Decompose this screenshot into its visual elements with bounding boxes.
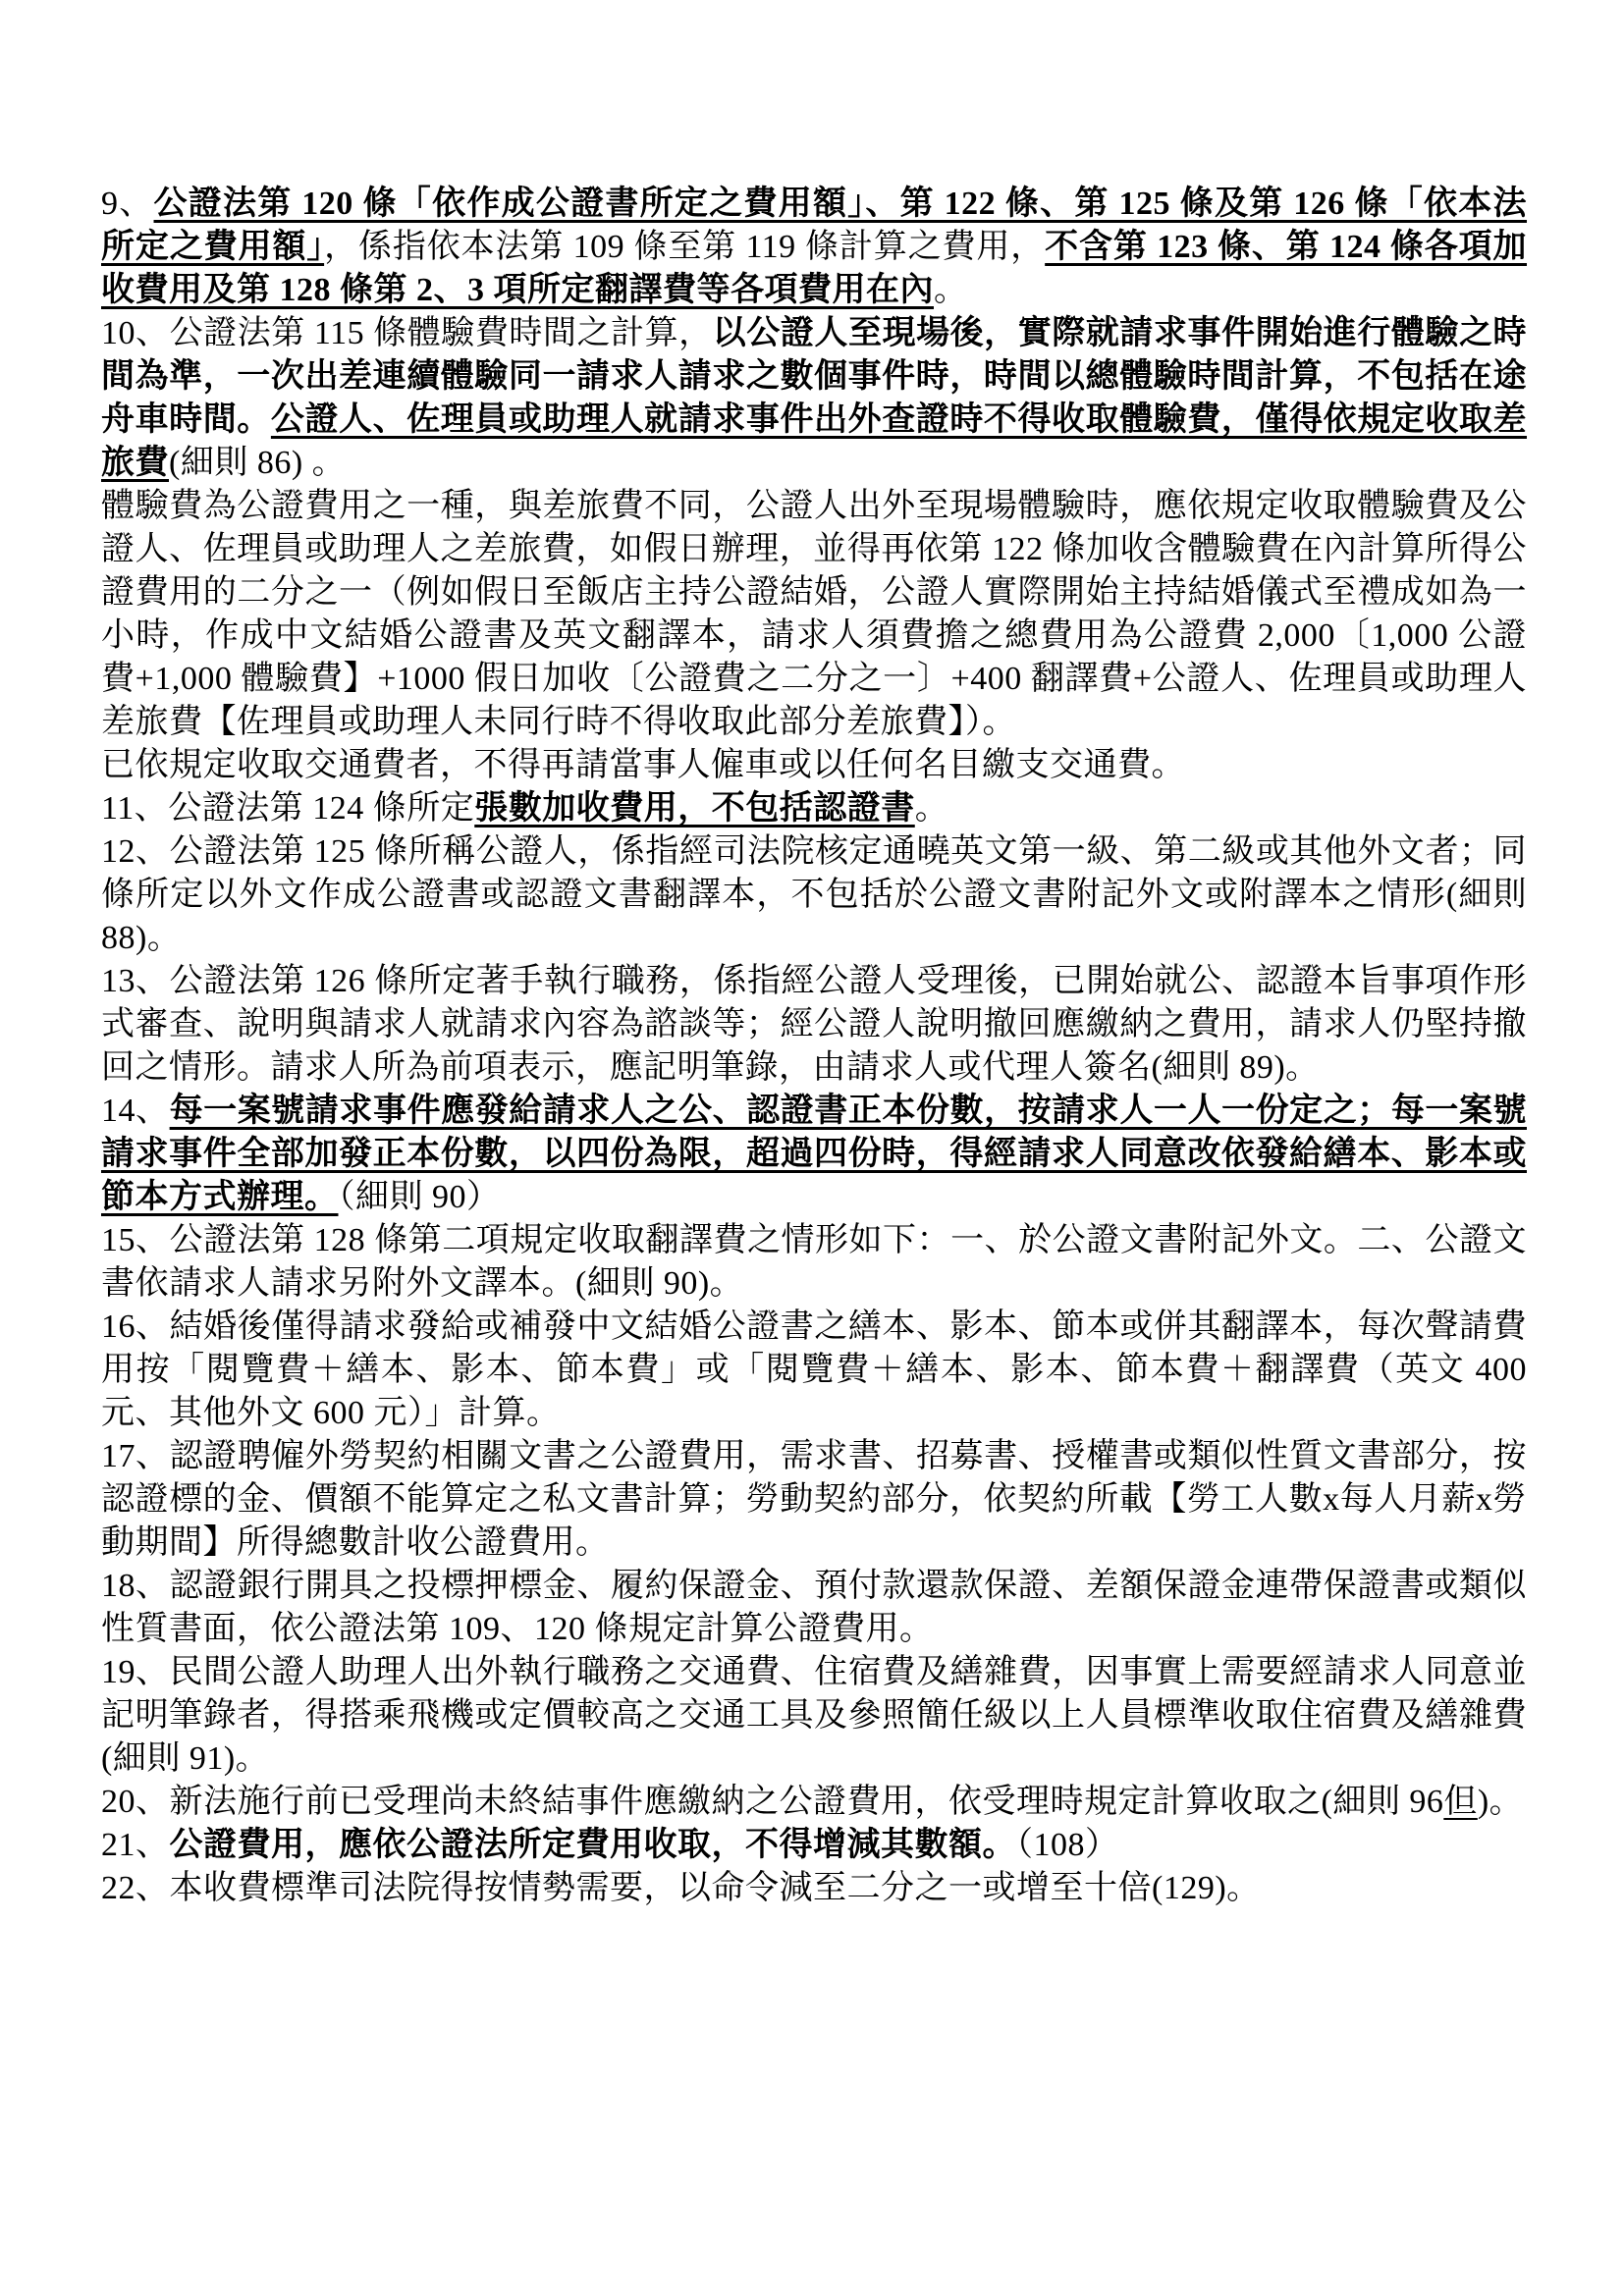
paragraph-item-16: 16、結婚後僅得請求發給或補發中文結婚公證書之繕本、影本、節本或併其翻譯本，每次…: [101, 1306, 1527, 1435]
document-body: 9、公證法第 120 條「依作成公證書所定之費用額」、第 122 條、第 125…: [101, 183, 1527, 1910]
text-run: （細則 90）: [339, 1179, 501, 1215]
paragraph-item-21: 21、公證費用，應依公證法所定費用收取，不得增減其數額。（108）: [101, 1824, 1527, 1867]
text-run: 體驗費為公證費用之一種，與差旅費不同，公證人出外至現場體驗時，應依規定收取體驗費…: [101, 488, 1527, 740]
text-run: )。: [1478, 1784, 1523, 1820]
paragraph-item-12: 12、公證法第 125 條所稱公證人，係指經司法院核定通曉英文第一級、第二級或其…: [101, 830, 1527, 960]
paragraph-item-11: 11、公證法第 124 條所定張數加收費用，不包括認證書。: [101, 787, 1527, 830]
paragraph-item-10: 10、公證法第 115 條體驗費時間之計算，以公證人至現場後，實際就請求事件開始…: [101, 312, 1527, 485]
paragraph-experience-fee-paragraph: 體驗費為公證費用之一種，與差旅費不同，公證人出外至現場體驗時，應依規定收取體驗費…: [101, 485, 1527, 744]
text-run: 9、: [101, 186, 154, 222]
text-run: 已依規定收取交通費者，不得再請當事人僱車或以任何名目繳支交通費。: [101, 747, 1185, 783]
text-run: 20、新法施行前已受理尚未終結事件應繳納之公證費用，依受理時規定計算收取之(細則…: [101, 1784, 1443, 1820]
text-run: 18、認證銀行開具之投標押標金、履約保證金、預付款還款保證、差額保證金連帶保證書…: [101, 1568, 1527, 1647]
text-run: 但: [1443, 1784, 1478, 1820]
text-run: ，係指依本法第 109 條至第 119 條計算之費用，: [324, 229, 1045, 265]
paragraph-item-13: 13、公證法第 126 條所定著手執行職務，係指經公證人受理後，已開始就公、認證…: [101, 960, 1527, 1090]
paragraph-item-19: 19、民間公證人助理人出外執行職務之交通費、住宿費及繕雜費，因事實上需要經請求人…: [101, 1651, 1527, 1781]
document-page: 9、公證法第 120 條「依作成公證書所定之費用額」、第 122 條、第 125…: [0, 0, 1624, 2296]
paragraph-item-18: 18、認證銀行開具之投標押標金、履約保證金、預付款還款保證、差額保證金連帶保證書…: [101, 1565, 1527, 1651]
text-run: 22、本收費標準司法院得按情勢需要，以命令減至二分之一或增至十倍(129)。: [101, 1870, 1261, 1906]
text-run: 10、公證法第 115 條體驗費時間之計算，: [101, 315, 713, 351]
text-run: 13、公證法第 126 條所定著手執行職務，係指經公證人受理後，已開始就公、認證…: [101, 963, 1527, 1086]
text-run: 每一案號請求事件應發給請求人之公、認證書正本份數，按請求人一人一份定之；每一案號…: [101, 1093, 1527, 1215]
text-run: 張數加收費用，不包括認證書: [474, 790, 915, 827]
text-run: 16、結婚後僅得請求發給或補發中文結婚公證書之繕本、影本、節本或併其翻譯本，每次…: [101, 1308, 1527, 1431]
text-run: 19、民間公證人助理人出外執行職務之交通費、住宿費及繕雜費，因事實上需要經請求人…: [101, 1654, 1527, 1777]
text-run: 21、: [101, 1827, 170, 1863]
paragraph-item-14: 14、每一案號請求事件應發給請求人之公、認證書正本份數，按請求人一人一份定之；每…: [101, 1090, 1527, 1219]
text-run: 。: [934, 272, 968, 308]
paragraph-item-22: 22、本收費標準司法院得按情勢需要，以命令減至二分之一或增至十倍(129)。: [101, 1867, 1527, 1910]
text-run: 。: [915, 790, 949, 827]
text-run: （108）: [1016, 1827, 1119, 1863]
text-run: 17、認證聘僱外勞契約相關文書之公證費用，需求書、招募書、授權書或類似性質文書部…: [101, 1438, 1527, 1561]
paragraph-item-17: 17、認證聘僱外勞契約相關文書之公證費用，需求書、招募書、授權書或類似性質文書部…: [101, 1435, 1527, 1565]
text-run: (細則 86) 。: [169, 445, 346, 481]
paragraph-item-20: 20、新法施行前已受理尚未終結事件應繳納之公證費用，依受理時規定計算收取之(細則…: [101, 1781, 1527, 1824]
text-run: 14、: [101, 1093, 170, 1129]
text-run: 公證費用，應依公證法所定費用收取，不得增減其數額。: [170, 1827, 1017, 1863]
paragraph-item-15: 15、公證法第 128 條第二項規定收取翻譯費之情形如下：一、於公證文書附記外文…: [101, 1219, 1527, 1306]
paragraph-transport-fee-paragraph: 已依規定收取交通費者，不得再請當事人僱車或以任何名目繳支交通費。: [101, 744, 1527, 787]
text-run: 12、公證法第 125 條所稱公證人，係指經司法院核定通曉英文第一級、第二級或其…: [101, 833, 1527, 956]
paragraph-item-9: 9、公證法第 120 條「依作成公證書所定之費用額」、第 122 條、第 125…: [101, 183, 1527, 312]
text-run: 11、公證法第 124 條所定: [101, 790, 474, 827]
text-run: 15、公證法第 128 條第二項規定收取翻譯費之情形如下：一、於公證文書附記外文…: [101, 1222, 1527, 1302]
